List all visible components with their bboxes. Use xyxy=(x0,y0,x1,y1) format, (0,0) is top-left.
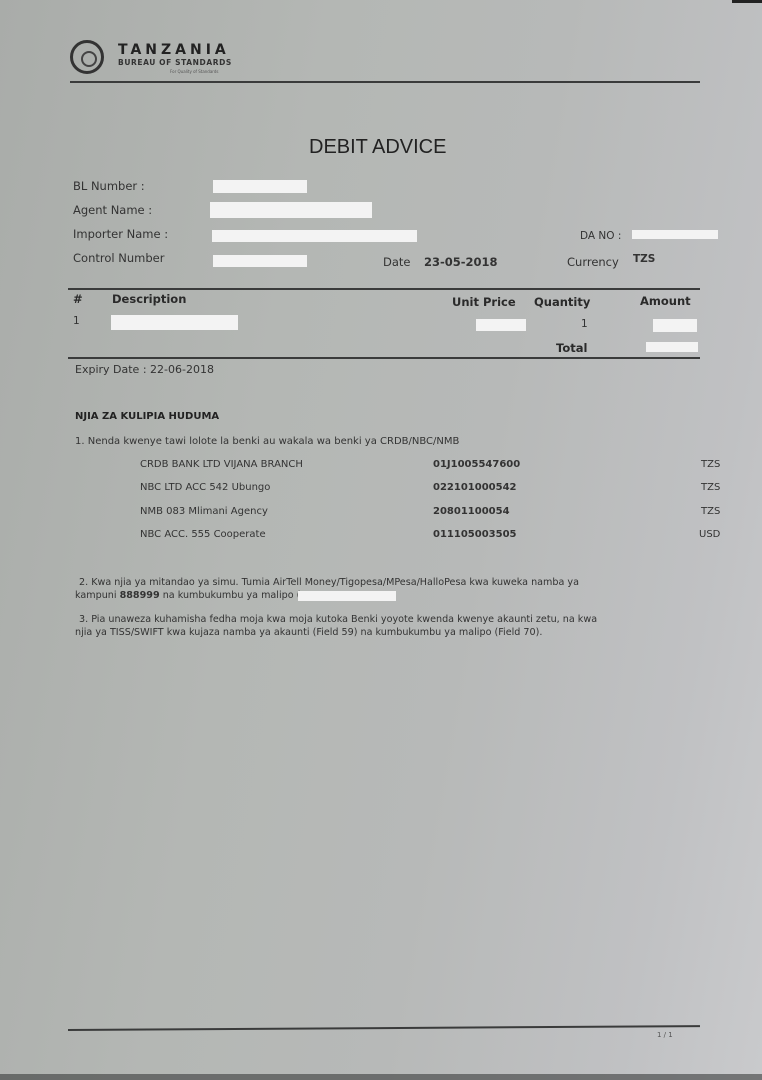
col-header-index: # xyxy=(73,292,83,306)
bank-name: NMB 083 Mlimani Agency xyxy=(140,506,268,517)
row-quantity: 1 xyxy=(581,318,588,330)
currency-label: Currency xyxy=(567,255,619,269)
bank-account: 022101000542 xyxy=(433,482,517,493)
bank-account: 011105003505 xyxy=(433,529,517,540)
step-2-prefix: kampuni xyxy=(75,590,120,601)
payment-step-3-line-1: 3. Pia unaweza kuhamisha fedha moja kwa … xyxy=(79,614,597,625)
expiry-date: Expiry Date : 22-06-2018 xyxy=(75,363,214,376)
payment-step-2-line-1: 2. Kwa njia ya mitandao ya simu. Tumia A… xyxy=(79,577,579,588)
importer-name-value-redacted xyxy=(212,230,417,242)
header-divider xyxy=(70,81,700,83)
table-top-rule xyxy=(68,288,700,290)
importer-name-label: Importer Name : xyxy=(73,227,168,241)
org-name: TANZANIA xyxy=(118,42,230,58)
payment-heading: NJIA ZA KULIPIA HUDUMA xyxy=(75,411,219,422)
bank-account: 20801100054 xyxy=(433,506,510,517)
row-unit-price-redacted xyxy=(476,319,526,331)
table-bottom-rule xyxy=(68,357,700,359)
payment-step-3-line-2: njia ya TISS/SWIFT kwa kujaza namba ya a… xyxy=(75,627,542,638)
bank-currency: TZS xyxy=(701,482,720,493)
bank-name: CRDB BANK LTD VIJANA BRANCH xyxy=(140,459,303,470)
org-tagline: For Quality of Standards xyxy=(170,69,219,74)
bank-name: NBC ACC. 555 Cooperate xyxy=(140,529,266,540)
bank-name: NBC LTD ACC 542 Ubungo xyxy=(140,482,270,493)
agent-name-value-redacted xyxy=(210,202,372,218)
col-header-unit-price: Unit Price xyxy=(452,295,516,309)
da-no-label: DA NO : xyxy=(580,230,621,242)
row-index: 1 xyxy=(73,315,80,327)
bl-number-value-redacted xyxy=(213,180,307,193)
company-number: 888999 xyxy=(120,590,160,601)
total-amount-redacted xyxy=(646,342,698,352)
step-2-suffix: na kumbukumbu ya malipo ( xyxy=(160,590,301,601)
bank-currency: TZS xyxy=(701,506,720,517)
control-number-label: Control Number xyxy=(73,251,164,265)
page-number: 1 / 1 xyxy=(657,1031,673,1039)
row-description-redacted xyxy=(111,315,238,330)
payment-step-2-line-2: kampuni 888999 na kumbukumbu ya malipo ( xyxy=(75,590,300,601)
col-header-description: Description xyxy=(112,292,186,306)
payment-reference-redacted xyxy=(298,591,396,601)
currency-value: TZS xyxy=(633,253,655,265)
col-header-amount: Amount xyxy=(640,294,691,308)
agent-name-label: Agent Name : xyxy=(73,203,152,217)
control-number-value-redacted xyxy=(213,255,307,267)
date-value: 23-05-2018 xyxy=(424,255,498,269)
date-label: Date xyxy=(383,255,411,269)
bl-number-label: BL Number : xyxy=(73,179,145,193)
tbs-emblem-icon xyxy=(70,40,104,74)
col-header-quantity: Quantity xyxy=(534,295,590,309)
org-subtitle: BUREAU OF STANDARDS xyxy=(118,58,232,67)
bank-currency: USD xyxy=(699,529,720,540)
paper-edge-shadow xyxy=(0,1074,762,1080)
payment-step-1: 1. Nenda kwenye tawi lolote la benki au … xyxy=(75,436,459,447)
da-no-value-redacted xyxy=(632,230,718,239)
document-title: DEBIT ADVICE xyxy=(309,136,446,159)
row-amount-redacted xyxy=(653,319,697,332)
total-label: Total xyxy=(556,341,587,355)
footer-rule xyxy=(68,1025,700,1031)
bank-currency: TZS xyxy=(701,459,720,470)
bank-account: 01J1005547600 xyxy=(433,459,520,470)
background-edge xyxy=(732,0,762,3)
